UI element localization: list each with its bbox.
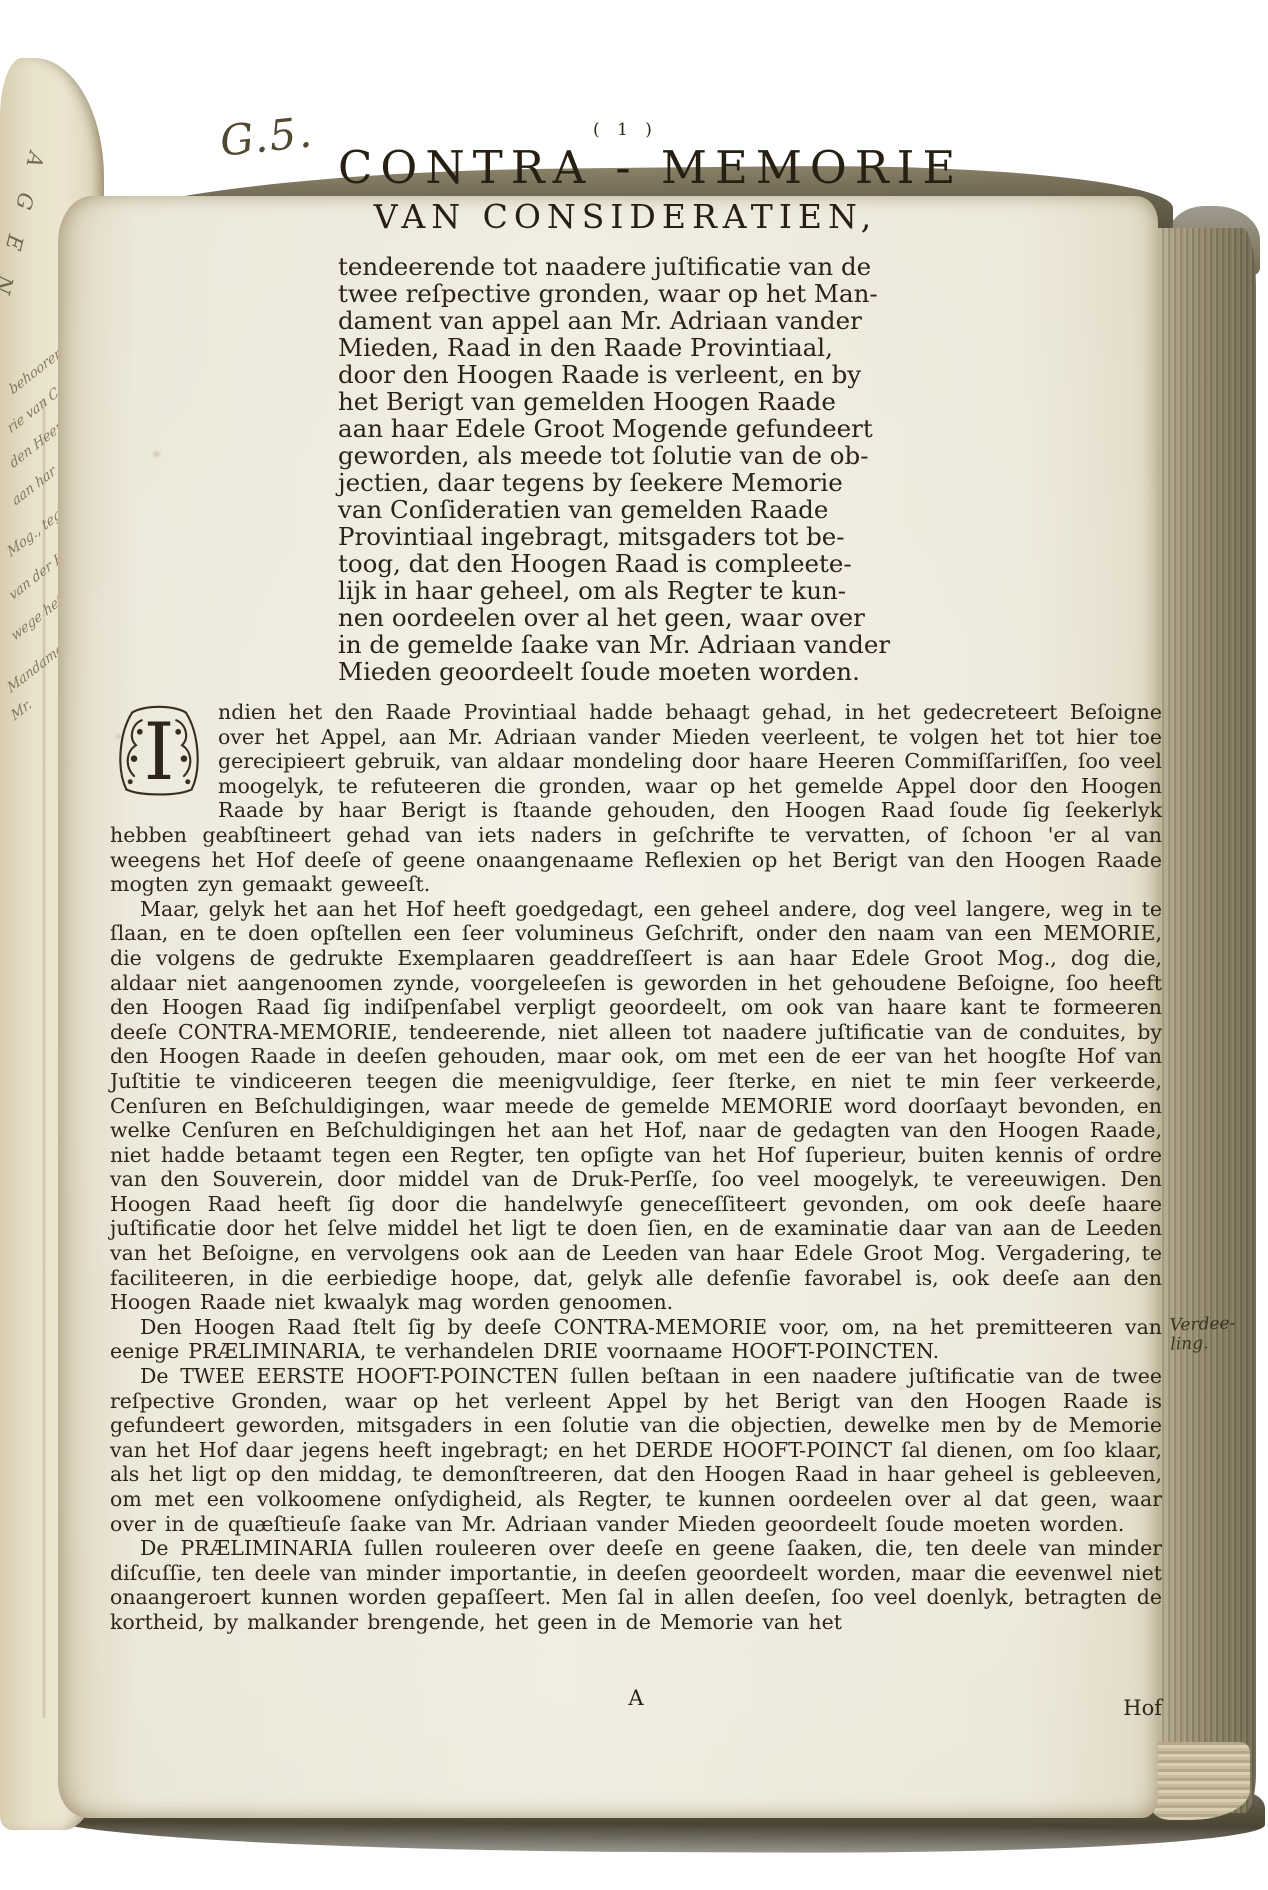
- subtitle-line: het Berigt van gemelden Hoogen Raade: [338, 388, 913, 415]
- subtitle-line: twee reſpective gronden, waar op het Man…: [338, 280, 913, 307]
- body-text: I ndien het den Raade Provintiaal hadde …: [110, 700, 1162, 1635]
- document-title-line2: VAN CONSIDERATIEN,: [338, 197, 913, 236]
- subtitle-line: dament van appel aan Mr. Adriaan vander: [338, 307, 913, 334]
- paragraph-text: ndien het den Raade Provintiaal hadde be…: [110, 700, 1162, 896]
- page-fore-edge: [1148, 228, 1256, 1813]
- handwritten-mark: G.5.: [218, 107, 316, 166]
- previous-page-fragment: A G E N: [0, 149, 48, 306]
- woodcut-initial-ornament: I: [110, 703, 208, 799]
- drop-cap-letter: I: [143, 706, 174, 798]
- subtitle-line: in de gemelde ſaake van Mr. Adriaan vand…: [338, 631, 913, 658]
- body-paragraph: Den Hoogen Raad ſtelt ſig by deeſe CONTR…: [110, 1315, 1162, 1364]
- body-paragraph: Maar, gelyk het aan het Hof heeft goedge…: [110, 897, 1162, 1315]
- subtitle-line: tendeerende tot naadere juſtificatie van…: [338, 253, 913, 280]
- subtitle-line: jectien, daar tegens by ſeekere Memorie: [338, 469, 913, 496]
- subtitle-line: Mieden, Raad in den Raade Provintiaal,: [338, 334, 913, 361]
- body-paragraph: De TWEE EERSTE HOOFT-POINCTEN ſullen beſ…: [110, 1364, 1162, 1536]
- fore-edge-bottom-leaves: [1150, 1742, 1250, 1820]
- subtitle-line: nen oordeelen over al het geen, waar ove…: [338, 604, 913, 631]
- catchword: Hof: [1123, 1696, 1162, 1720]
- subtitle-line: aan haar Edele Groot Mogende gefundeert: [338, 415, 913, 442]
- margin-note-line: Verdee-: [1169, 1313, 1235, 1335]
- subtitle-line: geworden, als meede tot ſolutie van de o…: [338, 442, 913, 469]
- subtitle-line: Mieden geoordeelt ſoude moeten worden.: [338, 658, 913, 685]
- subtitle-line: van Conſideratien van gemelden Raade: [338, 496, 913, 523]
- subtitle-line: lijk in haar geheel, om als Regter te ku…: [338, 577, 913, 604]
- document-title-line1: CONTRA - MEMORIE: [338, 141, 913, 194]
- margin-note-line: ling.: [1170, 1333, 1209, 1354]
- paper-stain: [153, 451, 160, 457]
- decorated-initial: I: [110, 703, 208, 799]
- subtitle-line: toog, dat den Hoogen Raad is compleete-: [338, 550, 913, 577]
- document-subtitle: tendeerende tot naadere juſtificatie van…: [338, 253, 913, 685]
- previous-page-fragment: Mr.: [9, 696, 34, 725]
- folio-number: ( 1 ): [338, 120, 913, 140]
- book-photograph: A G E N behoorende rie van Conſ den Heer…: [0, 0, 1268, 1890]
- subtitle-line: door den Hoogen Raade is verleent, en by: [338, 361, 913, 388]
- body-paragraph: I ndien het den Raade Provintiaal hadde …: [110, 700, 1162, 897]
- document-head: ( 1 ) CONTRA - MEMORIE VAN CONSIDERATIEN…: [338, 120, 913, 685]
- signature-mark: A: [110, 1686, 1162, 1710]
- margin-note: Verdee- ling.: [1169, 1313, 1262, 1354]
- body-paragraph: De PRÆLIMINARIA ſullen rouleeren over de…: [110, 1536, 1162, 1634]
- page-crease: [42, 398, 46, 1718]
- paragraph-text: Den Hoogen Raad ſtelt ſig by deeſe CONTR…: [110, 1315, 1162, 1364]
- subtitle-line: Provintiaal ingebragt, mitsgaders tot be…: [338, 523, 913, 550]
